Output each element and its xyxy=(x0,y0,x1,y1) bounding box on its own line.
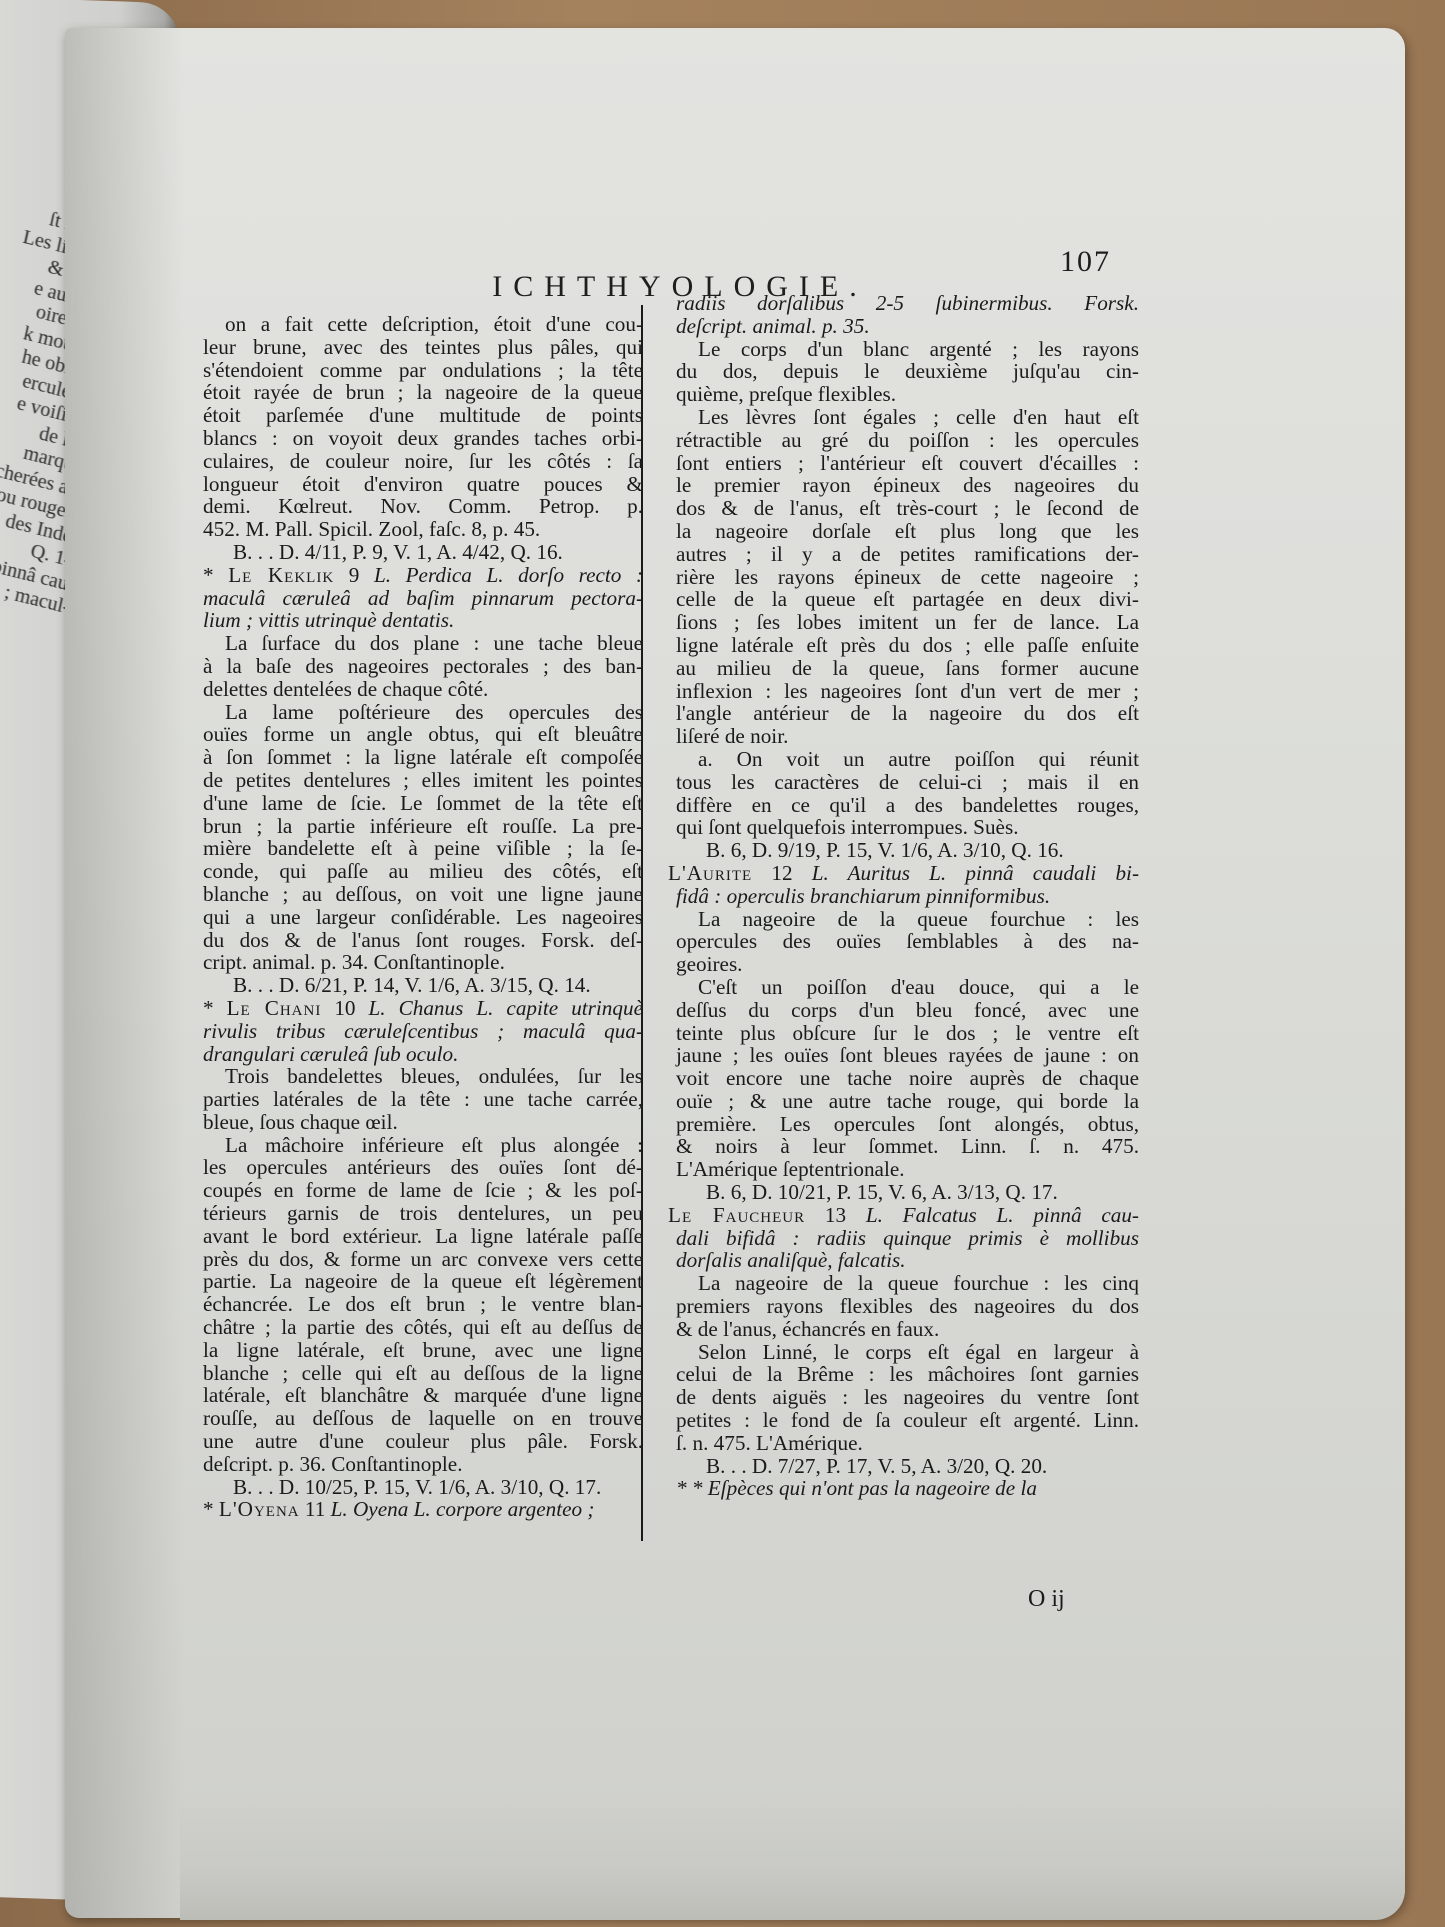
body-text-line: L'Amérique ſeptentrionale. xyxy=(676,1158,1139,1181)
column-divider-rule xyxy=(641,305,643,1541)
body-text-line: teinte plus obſcure ſur le dos ; le vent… xyxy=(676,1022,1139,1045)
section-heading: * * Eſpèces qui n'ont pas la nageoire de… xyxy=(676,1477,1139,1500)
body-text-line: bleue, ſous chaque œil. xyxy=(203,1111,643,1134)
body-text-line: de petites dentelures ; elles imitent le… xyxy=(203,769,643,792)
body-text-line: l'angle antérieur de la nageoire du dos … xyxy=(676,702,1139,725)
body-text-line: La lame poſtérieure des opercules des xyxy=(203,701,643,724)
page-bottom-edge xyxy=(180,1790,1405,1920)
species-number: 10 xyxy=(321,996,368,1020)
body-text-line: échancrée. Le dos eſt brun ; le ventre b… xyxy=(203,1293,643,1316)
body-text-line: deſſus du corps d'un bleu foncé, avec un… xyxy=(676,999,1139,1022)
species-number: 9 xyxy=(334,563,374,587)
body-text-line: la ligne latérale, eſt brune, avec une l… xyxy=(203,1339,643,1362)
body-text-line: la nageoire dorſale eſt plus long que le… xyxy=(676,520,1139,543)
body-text-line: de dents aiguës : les nageoires du ventr… xyxy=(676,1386,1139,1409)
body-text-line: coupés en forme de lame de ſcie ; & les … xyxy=(203,1179,643,1202)
body-text-line: demi. Kœlreut. Nov. Comm. Petrop. p. xyxy=(203,495,643,518)
latin-continuation-line: radiis dorſalibus 2-5 ſubinermibus. Fors… xyxy=(676,292,1139,315)
body-text-line: au milieu de la queue, ſans former aucun… xyxy=(676,657,1139,680)
species-name: Le Chani xyxy=(227,996,322,1020)
body-text-line: tous les caractères de celui-ci ; mais i… xyxy=(676,771,1139,794)
species-name: Le Faucheur xyxy=(668,1203,805,1227)
body-text-line: ouïe ; & une autre tache rouge, qui bord… xyxy=(676,1090,1139,1113)
species-number: 11 xyxy=(300,1497,331,1521)
species-entry-line: dali bifidâ : radiis quinque primis è mo… xyxy=(676,1227,1139,1250)
species-entry-line: * Le Chani 10 L. Chanus L. capite utrinq… xyxy=(203,997,643,1020)
body-text-line: celle de la queue eſt partagée en deux d… xyxy=(676,588,1139,611)
fin-ray-formula: B. 6, D. 10/21, P. 15, V. 6, A. 3/13, Q.… xyxy=(676,1181,1139,1204)
species-entry-line: * Le Keklik 9 L. Perdica L. dorſo recto … xyxy=(203,564,643,587)
body-text-line: du dos & de l'anus ſont rouges. Forsk. d… xyxy=(203,929,643,952)
body-text-line: voit encore une tache noire auprès de ch… xyxy=(676,1067,1139,1090)
species-number: 13 xyxy=(805,1203,866,1227)
body-text-line: deſcript. p. 36. Conſtantinople. xyxy=(203,1453,643,1476)
body-text-line: C'eſt un poiſſon d'eau douce, qui a le xyxy=(676,976,1139,999)
body-text-line: & noirs à leur ſommet. Linn. ſ. n. 475. xyxy=(676,1135,1139,1158)
body-text-line: La nageoire de la queue fourchue : les xyxy=(676,908,1139,931)
body-text-line: leur brune, avec des teintes plus pâles,… xyxy=(203,336,643,359)
fin-ray-formula: B. . . D. 6/21, P. 14, V. 1/6, A. 3/15, … xyxy=(203,974,643,997)
body-text-line: les opercules antérieurs des ouïes ſont … xyxy=(203,1156,643,1179)
body-text-line: diffère en ce qu'il a des bandelettes ro… xyxy=(676,794,1139,817)
latin-diagnosis: L. Auritus L. pinnâ caudali bi- xyxy=(812,861,1139,885)
body-text-line: du dos, depuis le deuxième juſqu'au cin- xyxy=(676,360,1139,383)
fin-ray-formula: B. . . D. 7/27, P. 17, V. 5, A. 3/20, Q.… xyxy=(676,1455,1139,1478)
asterisk-marker: * xyxy=(203,563,228,587)
fin-ray-formula: B. 6, D. 9/19, P. 15, V. 1/6, A. 3/10, Q… xyxy=(676,839,1139,862)
body-text-line: mière bandelette eſt à peine viſible ; l… xyxy=(203,837,643,860)
species-entry-line: lium ; vittis utrinquè dentatis. xyxy=(203,609,643,632)
body-text-line: quième, preſque flexibles. xyxy=(676,383,1139,406)
body-text-line: Les lèvres ſont égales ; celle d'en haut… xyxy=(676,406,1139,429)
asterisk-marker: * xyxy=(203,996,227,1020)
body-text-line: & de l'anus, échancrés en faux. xyxy=(676,1318,1139,1341)
body-text-line: inflexion : les nageoires ſont d'un vert… xyxy=(676,680,1139,703)
species-entry-line: maculâ cæruleâ ad baſim pinnarum pectora… xyxy=(203,587,643,610)
body-text-line: latérale, eſt blanchâtre & marquée d'une… xyxy=(203,1384,643,1407)
body-text-line: à la baſe des nageoires pectorales ; des… xyxy=(203,655,643,678)
latin-diagnosis: L. Oyena L. corpore argenteo ; xyxy=(331,1497,595,1521)
species-entry-line: * L'Oyena 11 L. Oyena L. corpore argente… xyxy=(203,1498,643,1521)
body-text-line: Le corps d'un blanc argenté ; les rayons xyxy=(676,338,1139,361)
species-number: 12 xyxy=(752,861,812,885)
latin-diagnosis: L. Falcatus L. pinnâ cau- xyxy=(866,1203,1139,1227)
body-text-line: Selon Linné, le corps eſt égal en largeu… xyxy=(676,1341,1139,1364)
body-text-line: a. On voit un autre poiſſon qui réunit xyxy=(676,748,1139,771)
fin-ray-formula: B. . . D. 4/11, P. 9, V. 1, A. 4/42, Q. … xyxy=(203,541,643,564)
body-text-line: avant le bord extérieur. La ligne latéra… xyxy=(203,1225,643,1248)
body-text-line: on a fait cette deſcription, étoit d'une… xyxy=(203,313,643,336)
body-text-line: geoires. xyxy=(676,953,1139,976)
signature-mark: O ij xyxy=(1028,1586,1065,1613)
body-text-line: brun ; la partie inférieure eſt rouſſe. … xyxy=(203,815,643,838)
latin-continuation-line: deſcript. animal. p. 35. xyxy=(676,315,1139,338)
body-text-line: s'étendoient comme par ondulations ; la … xyxy=(203,359,643,382)
body-text-line: 452. M. Pall. Spicil. Zool, faſc. 8, p. … xyxy=(203,518,643,541)
body-text-line: conde, qui paſſe au milieu des côtés, eſ… xyxy=(203,860,643,883)
body-text-line: opercules des ouïes ſemblables à des na- xyxy=(676,930,1139,953)
body-text-line: près du dos, & forme un arc convexe vers… xyxy=(203,1248,643,1271)
body-text-line: première. Les opercules ſont alongés, ob… xyxy=(676,1113,1139,1136)
page-number: 107 xyxy=(1060,245,1111,279)
body-text-line: La nageoire de la queue fourchue : les c… xyxy=(676,1272,1139,1295)
body-text-line: liſeré de noir. xyxy=(676,725,1139,748)
species-entry-line: fidâ : operculis branchiarum pinniformib… xyxy=(676,885,1139,908)
body-text-line: ligne latérale eſt près du dos ; elle pa… xyxy=(676,634,1139,657)
body-text-line: d'une lame de ſcie. Le ſommet de la tête… xyxy=(203,792,643,815)
body-text-line: jaune ; les ouïes ſont bleues rayées de … xyxy=(676,1044,1139,1067)
species-name: L'Aurite xyxy=(668,861,752,885)
body-text-line: celui de la Brême : les mâchoires ſont g… xyxy=(676,1363,1139,1386)
body-text-line: qui a une largeur conſidérable. Les nage… xyxy=(203,906,643,929)
body-text-line: ſ. n. 475. L'Amérique. xyxy=(676,1432,1139,1455)
body-text-line: blancs : on voyoit deux grandes taches o… xyxy=(203,427,643,450)
species-entry-line: drangulari cæruleâ ſub oculo. xyxy=(203,1043,643,1066)
body-text-line: blanche ; au deſſous, on voit une ligne … xyxy=(203,883,643,906)
body-text-line: partie. La nageoire de la queue eſt légè… xyxy=(203,1270,643,1293)
species-entry-line: dorſalis analiſquè, falcatis. xyxy=(676,1249,1139,1272)
latin-diagnosis: L. Chanus L. capite utrinquè xyxy=(369,996,643,1020)
body-text-line: rière les rayons épineux de cette nageoi… xyxy=(676,566,1139,589)
body-text-line: parties latérales de la tête : une tache… xyxy=(203,1088,643,1111)
species-entry-line: Le Faucheur 13 L. Falcatus L. pinnâ cau- xyxy=(668,1204,1139,1227)
latin-diagnosis: L. Perdica L. dorſo recto : xyxy=(374,563,643,587)
body-text-line: culaires, de couleur noire, ſur les côté… xyxy=(203,450,643,473)
body-text-line: La mâchoire inférieure eſt plus alongée … xyxy=(203,1134,643,1157)
body-text-line: à ſon ſommet : la ligne latérale eſt com… xyxy=(203,746,643,769)
left-text-column: on a fait cette deſcription, étoit d'une… xyxy=(203,313,643,1521)
body-text-line: térieurs garnis de trois dentelures, un … xyxy=(203,1202,643,1225)
body-text-line: cript. animal. p. 34. Conſtantinople. xyxy=(203,951,643,974)
body-text-line: le premier rayon épineux des nageoires d… xyxy=(676,474,1139,497)
body-text-line: étoit rayée de brun ; la nageoire de la … xyxy=(203,381,643,404)
body-text-line: châtre ; la partie des côtés, qui eſt au… xyxy=(203,1316,643,1339)
body-text-line: rétractible au gré du poiſſon : les oper… xyxy=(676,429,1139,452)
fin-ray-formula: B. . . D. 10/25, P. 15, V. 1/6, A. 3/10,… xyxy=(203,1476,643,1499)
body-text-line: premiers rayons flexibles des nageoires … xyxy=(676,1295,1139,1318)
species-name: Le Keklik xyxy=(228,563,334,587)
body-text-line: dos & de l'anus, eſt très-court ; le ſec… xyxy=(676,497,1139,520)
asterisk-marker: * xyxy=(203,1497,219,1521)
body-text-line: ſions ; ſes lobes imitent un fer de lanc… xyxy=(676,611,1139,634)
body-text-line: qui ſont quelquefois interrompues. Suès. xyxy=(676,816,1139,839)
body-text-line: autres ; il y a de petites ramifications… xyxy=(676,543,1139,566)
body-text-line: delettes dentelées de chaque côté. xyxy=(203,678,643,701)
body-text-line: petites : le fond de ſa couleur eſt arge… xyxy=(676,1409,1139,1432)
body-text-line: blanche ; celle qui eſt au deſſous de la… xyxy=(203,1362,643,1385)
right-text-column: radiis dorſalibus 2-5 ſubinermibus. Fors… xyxy=(676,292,1139,1500)
species-entry-line: rivulis tribus cæruleſcentibus ; maculâ … xyxy=(203,1020,643,1043)
species-entry-line: L'Aurite 12 L. Auritus L. pinnâ caudali … xyxy=(668,862,1139,885)
body-text-line: étoit parſemée d'une multitude de points xyxy=(203,404,643,427)
body-text-line: Trois bandelettes bleues, ondulées, ſur … xyxy=(203,1065,643,1088)
body-text-line: ouïes forme un angle obtus, qui eſt bleu… xyxy=(203,723,643,746)
body-text-line: La ſurface du dos plane : une tache bleu… xyxy=(203,632,643,655)
body-text-line: rouſſe, au deſſous de laquelle on en tro… xyxy=(203,1407,643,1430)
body-text-line: une autre d'une couleur plus pâle. Forsk… xyxy=(203,1430,643,1453)
body-text-line: longueur étoit d'environ quatre pouces & xyxy=(203,473,643,496)
body-text-line: ſont entiers ; l'antérieur eſt couvert d… xyxy=(676,452,1139,475)
species-name: L'Oyena xyxy=(219,1497,300,1521)
